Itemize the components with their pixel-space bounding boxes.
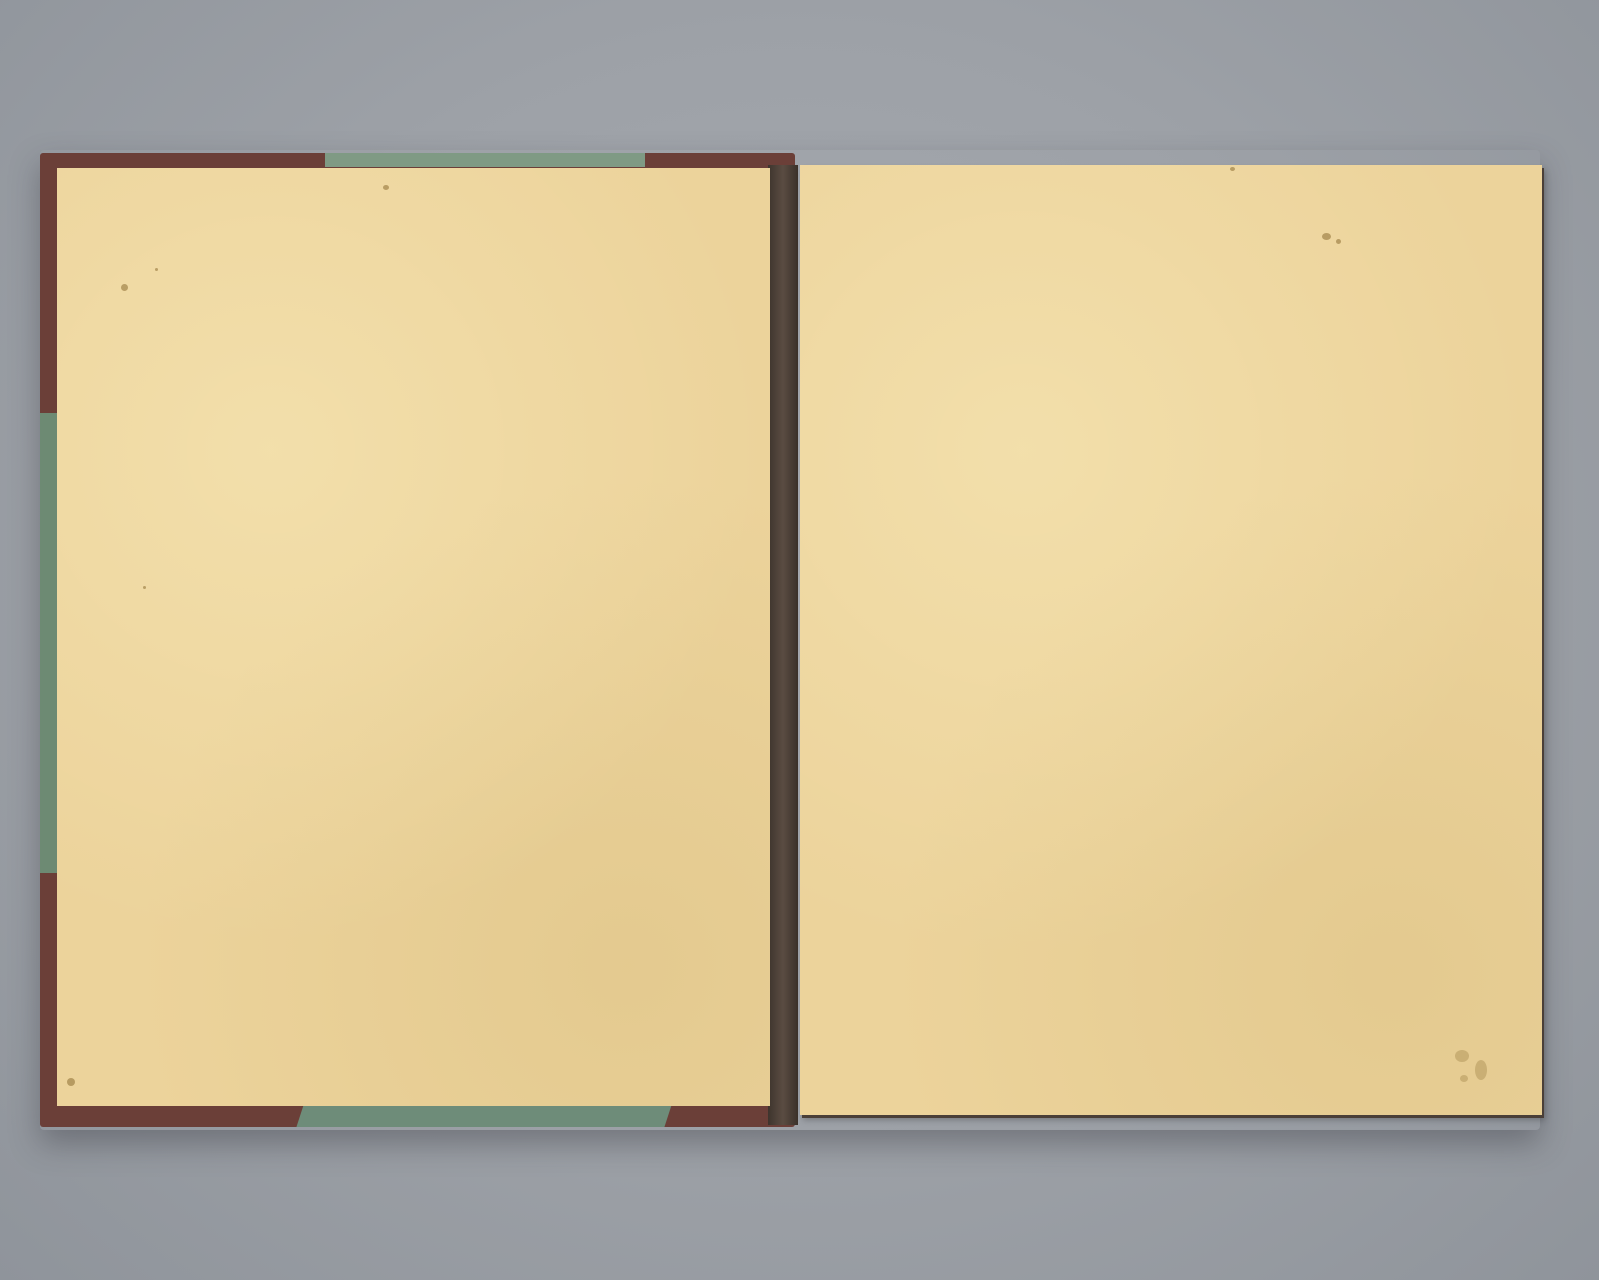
- stain-spot: [1322, 233, 1331, 240]
- book-spine: [768, 165, 798, 1125]
- stain-spot: [1336, 239, 1341, 244]
- cloth-strip-left: [40, 413, 58, 873]
- stain-spot: [143, 586, 146, 589]
- stain-spot: [1455, 1050, 1469, 1062]
- left-page: [57, 168, 770, 1106]
- stain-spot: [1475, 1060, 1487, 1080]
- stain-spot: [1230, 167, 1235, 171]
- stain-spot: [155, 268, 158, 271]
- cloth-strip-top: [325, 153, 645, 167]
- stain-spot: [67, 1078, 75, 1086]
- stain-spot: [121, 284, 128, 291]
- stain-spot: [1460, 1075, 1468, 1082]
- stain-spot: [383, 185, 389, 190]
- right-page: [800, 165, 1542, 1115]
- cloth-strip-bottom: [296, 1105, 671, 1127]
